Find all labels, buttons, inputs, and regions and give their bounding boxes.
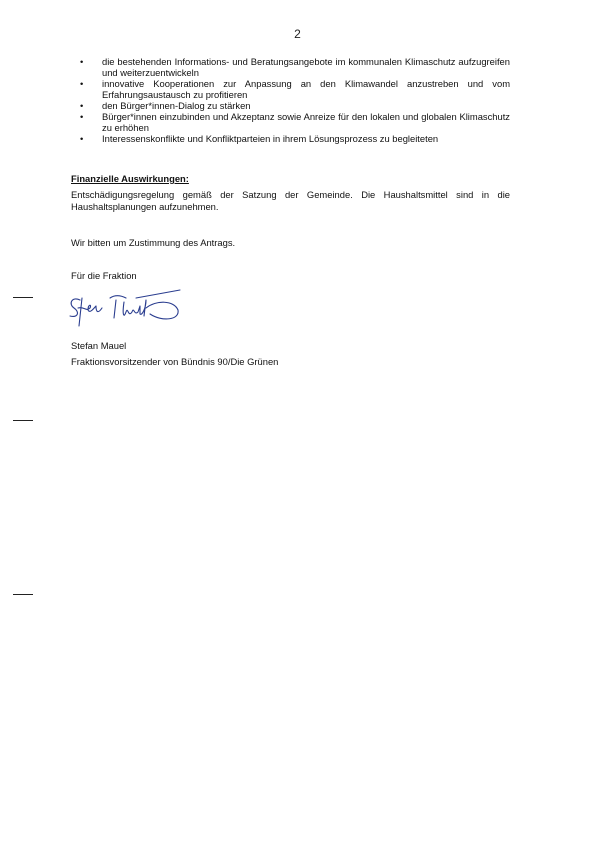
bullet-icon: • xyxy=(80,111,83,122)
punch-mark xyxy=(13,420,33,421)
list-item: •Bürger*innen einzubinden und Akzeptanz … xyxy=(80,111,510,133)
list-item: •innovative Kooperationen zur Anpassung … xyxy=(80,78,510,100)
signer-name: Stefan Mauel xyxy=(71,340,126,351)
list-item: •den Bürger*innen-Dialog zu stärken xyxy=(80,100,510,111)
closing-text: Für die Fraktion xyxy=(71,270,137,281)
bullet-icon: • xyxy=(80,100,83,111)
financial-text: Entschädigungsregelung gemäß der Satzung… xyxy=(71,189,510,213)
bullet-icon: • xyxy=(80,133,83,144)
bullet-icon: • xyxy=(80,78,83,89)
list-item: •die bestehenden Informations- und Berat… xyxy=(80,56,510,78)
signature-image xyxy=(66,286,186,332)
financial-heading: Finanzielle Auswirkungen: xyxy=(71,173,189,184)
list-item: •Interessenskonflikte und Konfliktpartei… xyxy=(80,133,510,144)
fold-mark xyxy=(13,297,33,298)
fold-mark xyxy=(13,594,33,595)
page-number: 2 xyxy=(0,27,595,41)
signer-role: Fraktionsvorsitzender von Bündnis 90/Die… xyxy=(71,356,278,367)
bullet-list: •die bestehenden Informations- und Berat… xyxy=(80,56,510,144)
bullet-icon: • xyxy=(80,56,83,67)
request-text: Wir bitten um Zustimmung des Antrags. xyxy=(71,237,510,249)
